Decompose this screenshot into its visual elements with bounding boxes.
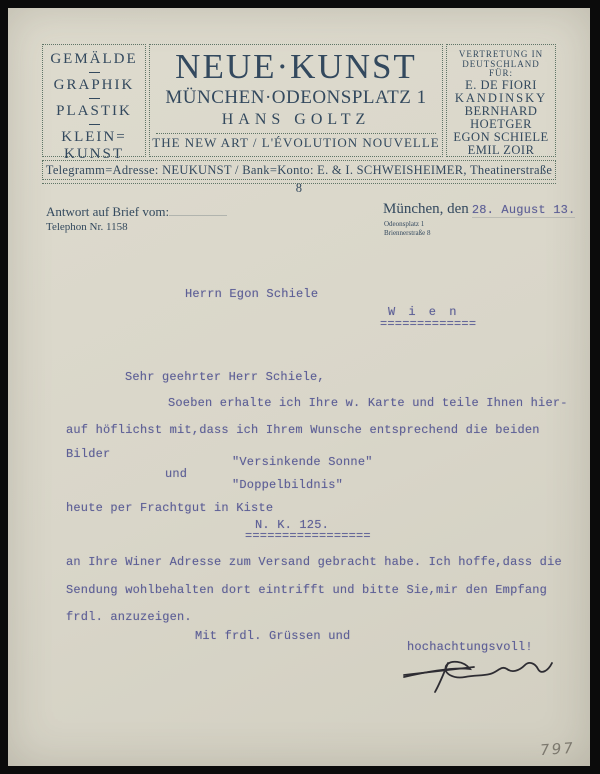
category-separator	[89, 98, 100, 99]
catalog-number-handwritten: 797	[539, 739, 576, 759]
closing-line: Mit frdl. Grüssen und	[195, 630, 350, 643]
category-separator	[89, 124, 100, 125]
reference-underline: =================	[245, 530, 371, 543]
artist-hoetger: HOETGER	[447, 118, 555, 131]
gallery-tagline: THE NEW ART / L'ÉVOLUTION NOUVELLE	[150, 134, 442, 152]
letterhead-representation-box: VERTRETUNG IN DEUTSCHLAND FÜR: E. DE FIO…	[446, 44, 556, 157]
artist-emil-zoir: EMIL ZOIR	[447, 144, 555, 157]
reply-label: Antwort auf Brief vom:	[46, 204, 227, 220]
category-separator	[89, 72, 100, 73]
category-plastik: PLASTIK	[43, 103, 145, 120]
city-date-label: München, den	[383, 201, 469, 218]
body-line-4: heute per Frachtgut in Kiste	[66, 502, 273, 515]
letterhead: GEMÄLDE GRAPHIK PLASTIK KLEIN= KUNST NEU…	[42, 44, 556, 157]
telegram-bank-strip: Telegramm=Adresse: NEUKUNST / Bank=Konto…	[42, 160, 556, 180]
strip-underline	[42, 183, 556, 184]
artist-kandinsky: KANDINSKY	[447, 92, 555, 105]
body-line-7: frdl. anzuzeigen.	[66, 611, 192, 624]
office-address-line2: Briennerstraße 8	[384, 229, 430, 238]
category-graphik: GRAPHIK	[43, 77, 145, 94]
office-address: Odeonsplatz 1 Briennerstraße 8	[384, 220, 430, 237]
reply-label-text: Antwort auf Brief vom:	[46, 204, 169, 219]
recipient-city-underline: =============	[380, 318, 476, 331]
conjunction: und	[165, 468, 187, 481]
artist-bernhard: BERNHARD	[447, 105, 555, 118]
salutation: Sehr geehrter Herr Schiele,	[125, 371, 325, 384]
gallery-name: NEUE·KUNST	[150, 48, 442, 86]
recipient-line: Herrn Egon Schiele	[185, 288, 318, 301]
artwork-title-1: "Versinkende Sonne"	[232, 456, 373, 469]
gallery-address: MÜNCHEN·ODEONSPLATZ 1	[150, 86, 442, 109]
letter-paper: GEMÄLDE GRAPHIK PLASTIK KLEIN= KUNST NEU…	[8, 8, 590, 766]
body-line-5: an Ihre Winer Adresse zum Versand gebrac…	[66, 556, 562, 569]
proprietor-name: HANS GOLTZ	[150, 109, 442, 130]
typed-date: 28. August 13.	[472, 204, 576, 218]
reply-blank-line	[169, 215, 227, 216]
artist-de-fiori: E. DE FIORI	[447, 79, 555, 92]
signature-scrawl-icon	[402, 650, 554, 698]
body-line-3: Bilder	[66, 448, 110, 461]
category-kleinkunst-1: KLEIN=	[43, 129, 145, 146]
signature	[402, 650, 554, 698]
body-line-1: Soeben erhalte ich Ihre w. Karte und tei…	[168, 397, 568, 410]
artwork-title-2: "Doppelbildnis"	[232, 479, 343, 492]
category-gemaelde: GEMÄLDE	[43, 51, 145, 68]
letterhead-brand-box: NEUE·KUNST MÜNCHEN·ODEONSPLATZ 1 HANS GO…	[149, 44, 443, 157]
office-address-line1: Odeonsplatz 1	[384, 220, 430, 229]
artist-egon-schiele: EGON SCHIELE	[447, 131, 555, 144]
body-line-6: Sendung wohlbehalten dort eintrifft und …	[66, 584, 547, 597]
letterhead-categories-box: GEMÄLDE GRAPHIK PLASTIK KLEIN= KUNST	[42, 44, 146, 157]
city-date-row: München, den 28. August 13.	[383, 201, 575, 218]
phone-number: Telephon Nr. 1158	[46, 221, 128, 233]
body-line-2: auf höflichst mit,dass ich Ihrem Wunsche…	[66, 424, 540, 437]
